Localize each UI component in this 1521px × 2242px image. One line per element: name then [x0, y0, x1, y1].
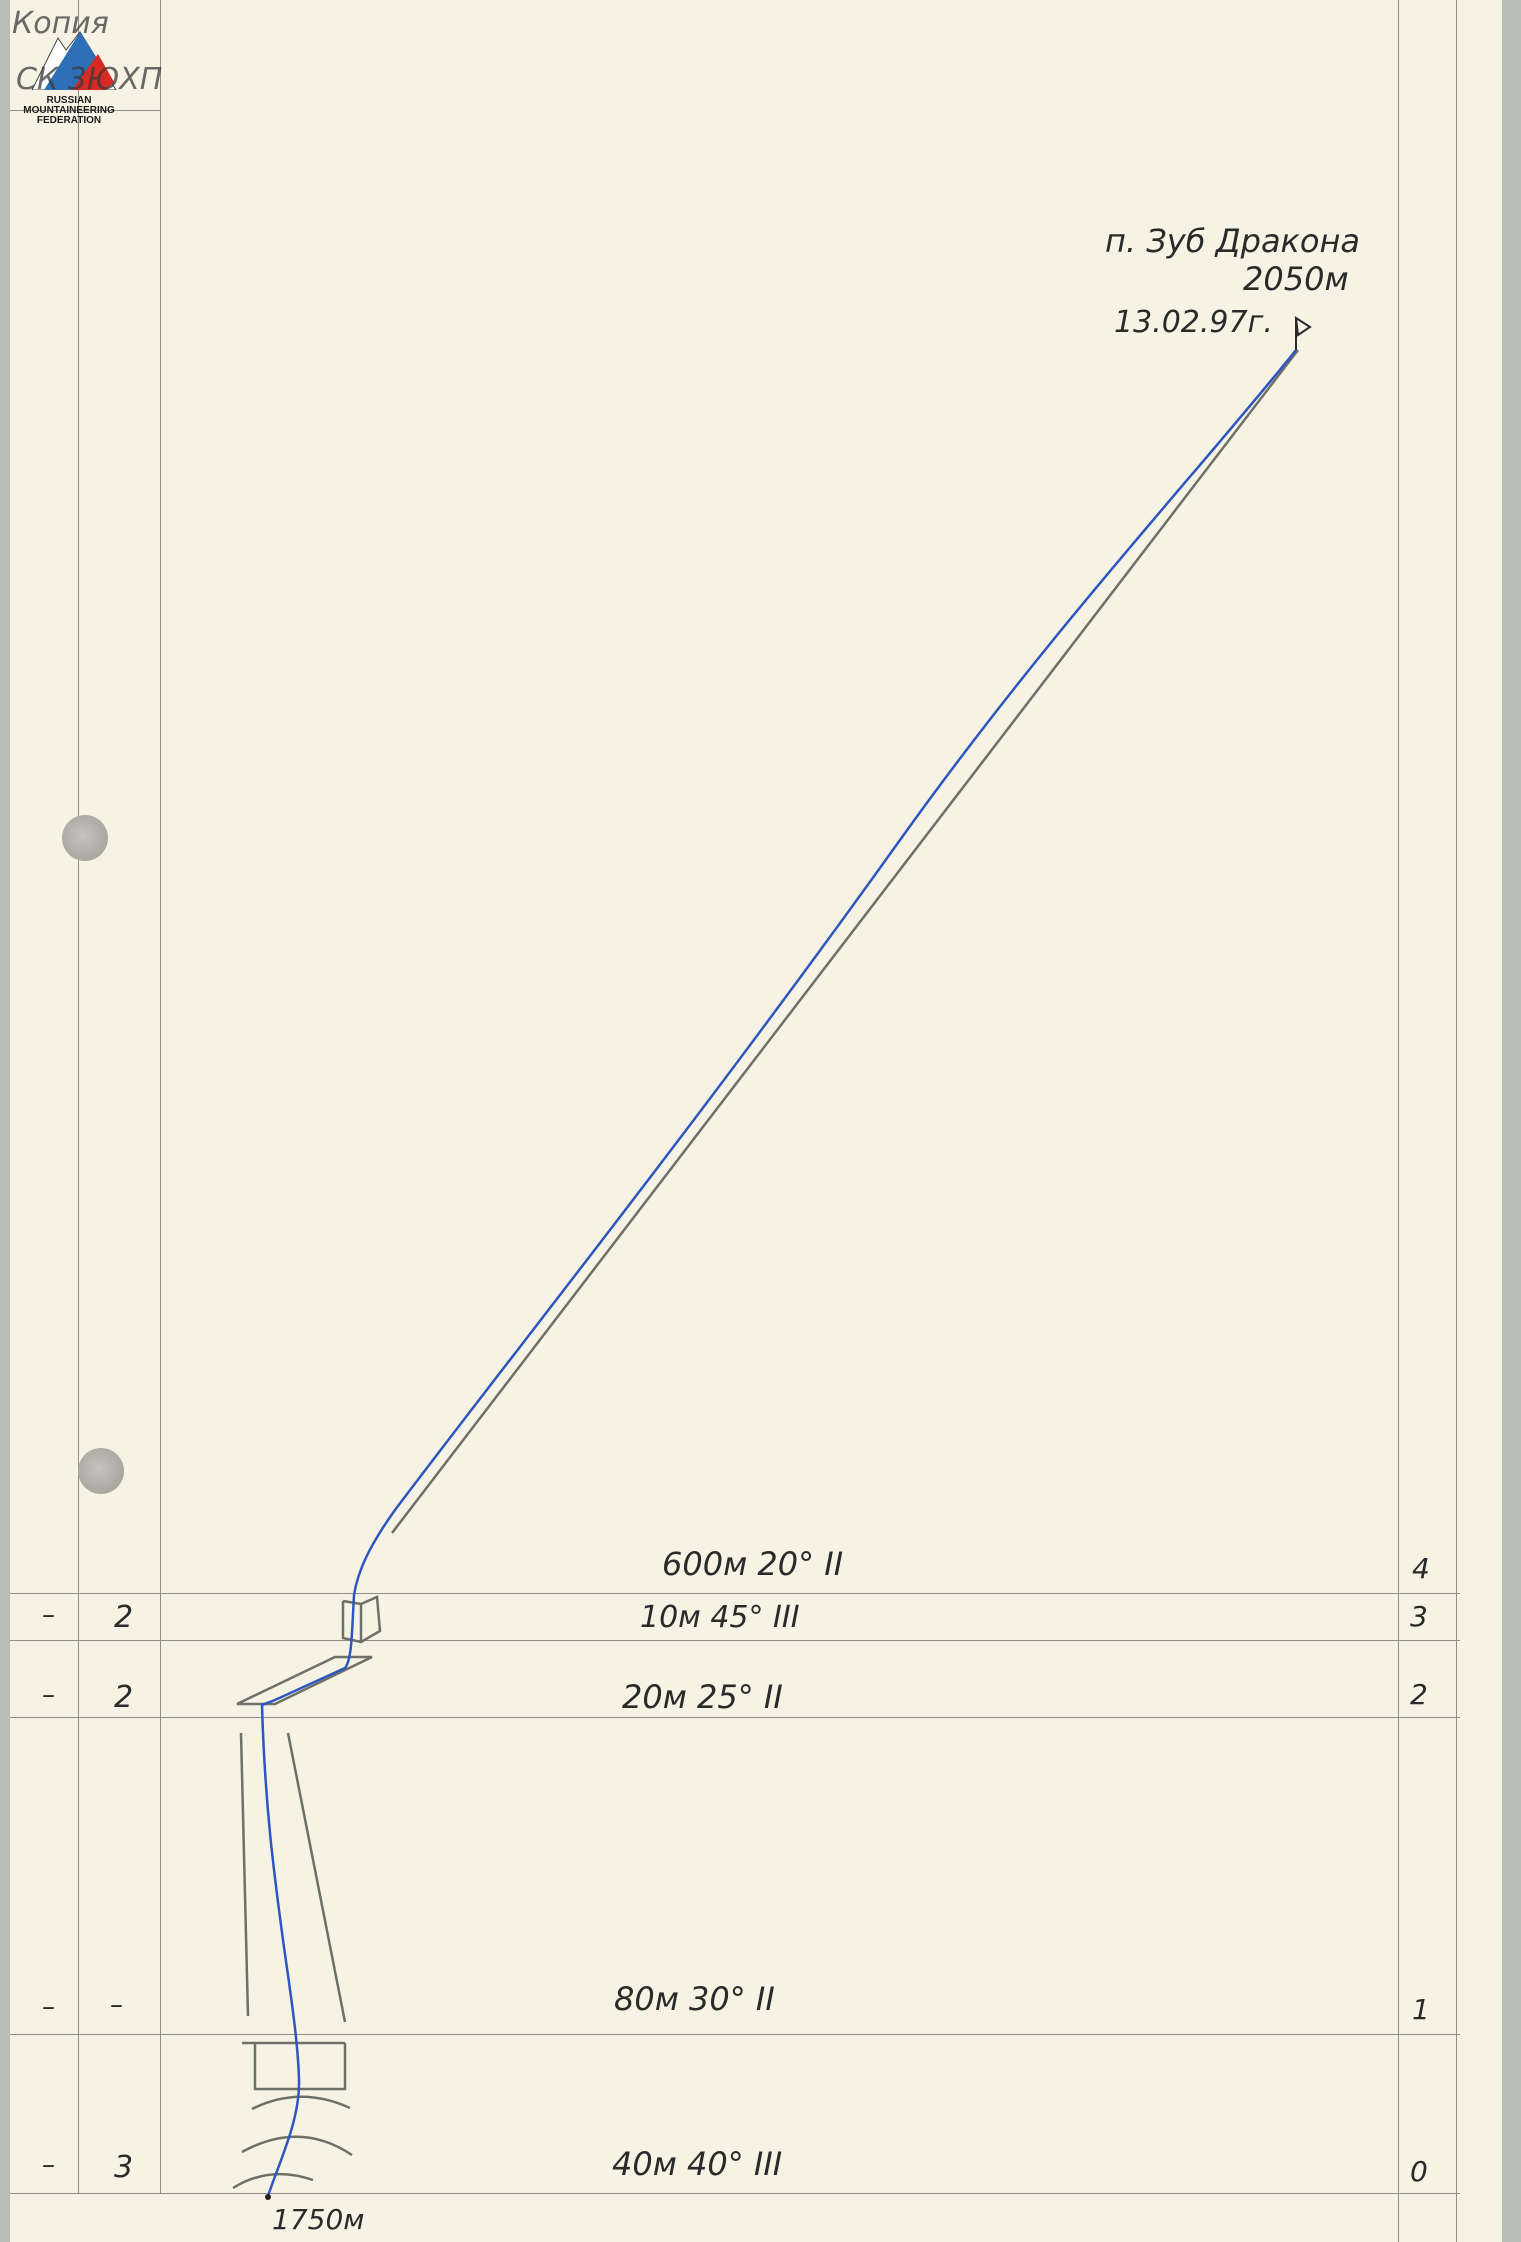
couloir-wall-left — [241, 1733, 248, 2016]
snow-arcs-icon — [233, 2097, 352, 2188]
section-dash: – — [42, 1992, 55, 2022]
section-count: 2 — [114, 1680, 133, 1715]
section-index: 0 — [1410, 2155, 1428, 2188]
section-dash: – — [42, 2150, 55, 2180]
section-index: 4 — [1412, 1552, 1430, 1585]
start-altitude: 1750м — [272, 2203, 364, 2236]
couloir-wall-right — [288, 1733, 345, 2022]
start-point — [265, 2194, 271, 2200]
section-count: 3 — [114, 2150, 133, 2185]
section-description: 10м 45° III — [640, 1600, 800, 1635]
section-dash: – — [42, 1600, 55, 1630]
section-description: 40м 40° III — [612, 2145, 782, 2183]
section-index: 3 — [1410, 1600, 1428, 1633]
section-dash: – — [42, 1680, 55, 1710]
section-description: 20м 25° II — [622, 1678, 783, 1716]
section-description: 600м 20° II — [662, 1545, 843, 1583]
section-count: 2 — [114, 1600, 133, 1635]
section-description: 80м 30° II — [614, 1980, 775, 2018]
route-line — [262, 350, 1296, 2196]
section-index: 1 — [1412, 1993, 1430, 2026]
ridge-line — [392, 350, 1298, 1533]
ledge-icon — [237, 1657, 372, 1704]
summit-flag-icon — [1296, 318, 1310, 350]
section-count: – — [110, 1990, 123, 2020]
route-diagram — [0, 0, 1521, 2242]
step-icon — [242, 2043, 345, 2089]
section-index: 2 — [1410, 1678, 1428, 1711]
dihedral-icon — [343, 1597, 380, 1642]
